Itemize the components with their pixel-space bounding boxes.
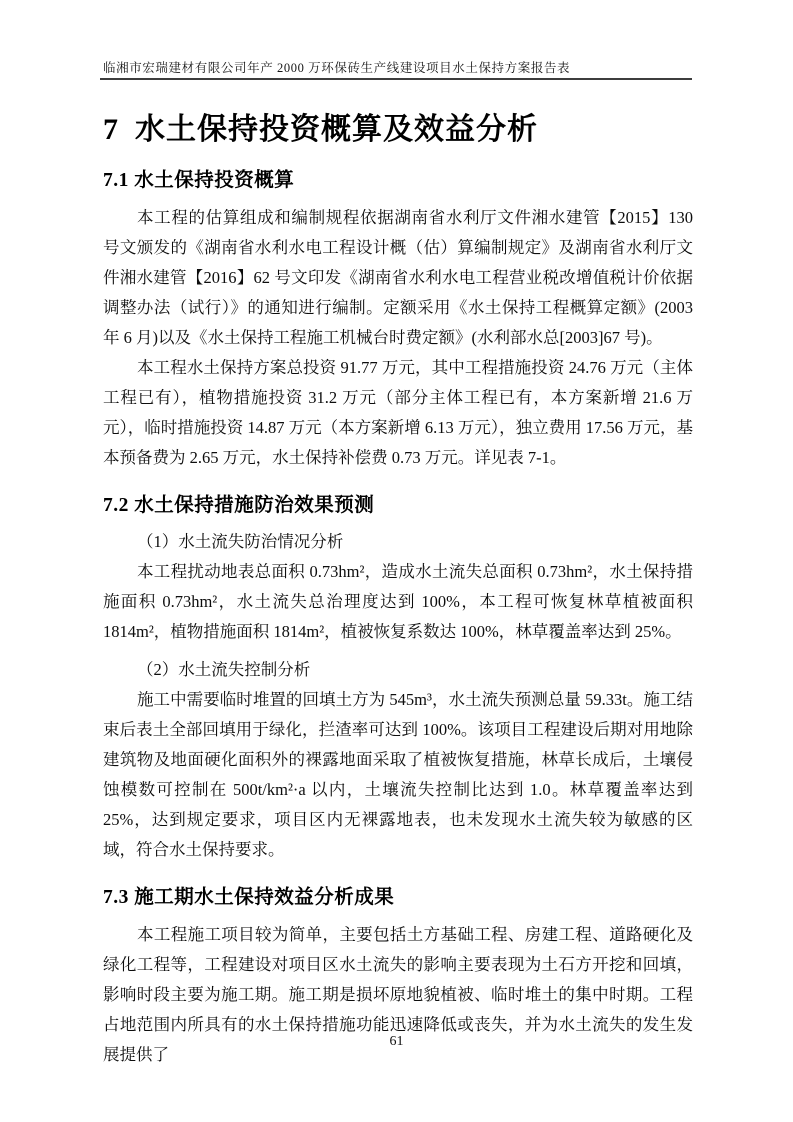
document-page: 临湘市宏瑞建材有限公司年产 2000 万环保砖生产线建设项目水土保持方案报告表 … [0, 0, 793, 1122]
section-heading-7-2: 7.2 水土保持措施防治效果预测 [103, 494, 693, 518]
chapter-number: 7 [103, 113, 119, 146]
paragraph-loss-control: 施工中需要临时堆置的回填土方为 545m³，水土流失预测总量 59.33t。施工… [103, 685, 693, 865]
chapter-title: 水土保持投资概算及效益分析 [135, 113, 538, 146]
paragraph-estimate-basis: 本工程的估算组成和编制规程依据湖南省水利厅文件湘水建管【2015】130 号文颁… [103, 203, 693, 353]
chapter-heading: 7水土保持投资概算及效益分析 [103, 112, 693, 148]
subheading-erosion-control-analysis: （1）水土流失防治情况分析 [103, 527, 693, 557]
paragraph-erosion-control: 本工程扰动地表总面积 0.73hm²，造成水土流失总面积 0.73hm²，水土保… [103, 557, 693, 647]
section-heading-7-1: 7.1 水土保持投资概算 [103, 169, 693, 193]
page-header-title: 临湘市宏瑞建材有限公司年产 2000 万环保砖生产线建设项目水土保持方案报告表 [103, 58, 693, 76]
subheading-erosion-loss-control: （2）水土流失控制分析 [103, 655, 693, 685]
page-number: 61 [0, 1034, 793, 1050]
document-content: 7水土保持投资概算及效益分析 7.1 水土保持投资概算 本工程的估算组成和编制规… [103, 80, 693, 1070]
section-heading-7-3: 7.3 施工期水土保持效益分析成果 [103, 886, 693, 910]
paragraph-investment-summary: 本工程水土保持方案总投资 91.77 万元，其中工程措施投资 24.76 万元（… [103, 353, 693, 473]
